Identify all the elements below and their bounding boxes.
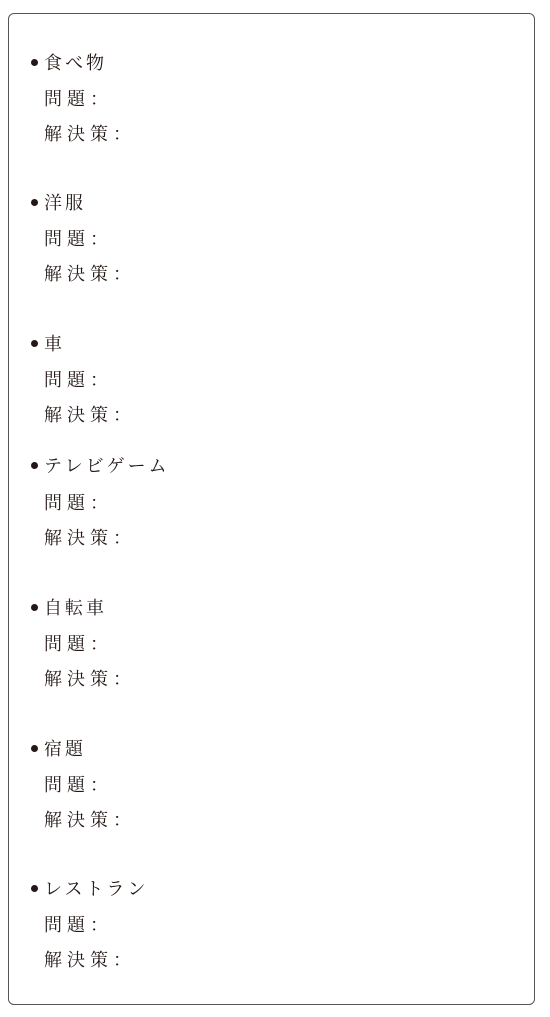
- problem-label: 問題：: [44, 369, 113, 393]
- section-title-row: 自転車: [31, 597, 107, 621]
- bullet-icon: [31, 462, 38, 469]
- problem-label: 問題：: [44, 633, 113, 657]
- section-title-row: レストラン: [31, 878, 148, 902]
- problem-label: 問題：: [44, 492, 113, 516]
- section-title: 洋服: [44, 192, 86, 216]
- section-title-row: 食べ物: [31, 52, 107, 76]
- solution-label: 解決策：: [44, 949, 136, 973]
- bullet-icon: [31, 199, 38, 206]
- section-title: 車: [44, 333, 65, 357]
- section-title-row: 宿題: [31, 738, 86, 762]
- solution-label: 解決策：: [44, 668, 136, 692]
- section-title: 宿題: [44, 738, 86, 762]
- solution-label: 解決策：: [44, 404, 136, 428]
- section-title: 食べ物: [44, 52, 107, 76]
- section-title-row: 車: [31, 333, 65, 357]
- bullet-icon: [31, 59, 38, 66]
- problem-label: 問題：: [44, 228, 113, 252]
- solution-label: 解決策：: [44, 809, 136, 833]
- solution-label: 解決策：: [44, 263, 136, 287]
- problem-label: 問題：: [44, 914, 113, 938]
- section-title: 自転車: [44, 597, 107, 621]
- problem-label: 問題：: [44, 774, 113, 798]
- solution-label: 解決策：: [44, 123, 136, 147]
- section-title-row: 洋服: [31, 192, 86, 216]
- problem-label: 問題：: [44, 88, 113, 112]
- bullet-icon: [31, 604, 38, 611]
- section-title: レストラン: [44, 878, 148, 902]
- bullet-icon: [31, 885, 38, 892]
- bullet-icon: [31, 745, 38, 752]
- section-title: テレビゲーム: [44, 455, 170, 479]
- section-title-row: テレビゲーム: [31, 455, 170, 479]
- bullet-icon: [31, 340, 38, 347]
- solution-label: 解決策：: [44, 527, 136, 551]
- worksheet-card: 食べ物 問題： 解決策： 洋服 問題： 解決策： 車 問題： 解決策： テレビゲ…: [8, 13, 535, 1005]
